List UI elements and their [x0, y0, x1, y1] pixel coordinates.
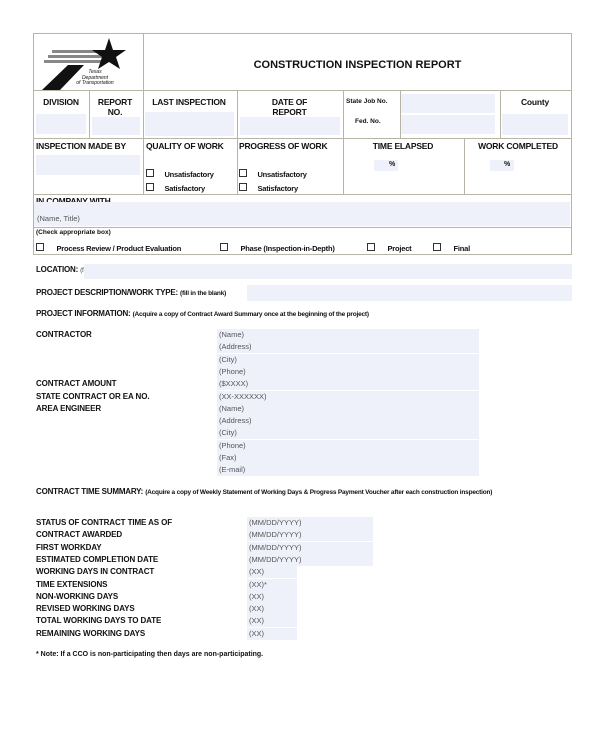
contract-time-label: TIME EXTENSIONS — [36, 580, 107, 589]
county-field[interactable] — [502, 114, 568, 135]
contract-time-label: ESTIMATED COMPLETION DATE — [36, 555, 158, 564]
checkbox-icon[interactable] — [146, 183, 154, 191]
project-field-label: CONTRACTOR — [36, 330, 92, 339]
project-field-input[interactable]: (Phone) — [217, 440, 479, 452]
fed-no-field[interactable] — [401, 115, 495, 134]
date-of-report-field[interactable] — [240, 117, 340, 135]
project-field-label: STATE CONTRACT OR EA NO. — [36, 392, 149, 401]
contract-time-input[interactable]: (XX)* — [247, 579, 297, 591]
checkbox-icon[interactable] — [239, 169, 247, 177]
contract-time-input[interactable]: (XX) — [247, 615, 297, 627]
contract-time-label: NON-WORKING DAYS — [36, 592, 118, 601]
contract-time-input[interactable]: (XX) — [247, 591, 297, 603]
phase-option[interactable]: Phase (Inspection-in-Depth) — [220, 238, 335, 256]
inspection-made-by-label: INSPECTION MADE BY — [36, 141, 126, 151]
contract-time-label: REMAINING WORKING DAYS — [36, 629, 145, 638]
contract-time-label: STATUS OF CONTRACT TIME AS OF — [36, 518, 172, 527]
project-field-input[interactable]: (Fax) — [217, 452, 479, 464]
in-company-with-placeholder: (Name, Title) — [37, 214, 80, 223]
in-company-with-field[interactable] — [34, 202, 570, 226]
project-field-input[interactable]: (Address) — [217, 415, 479, 427]
contract-time-label: WORKING DAYS IN CONTRACT — [36, 567, 154, 576]
contract-time-label: TOTAL WORKING DAYS TO DATE — [36, 616, 161, 625]
checkbox-icon[interactable] — [433, 243, 441, 251]
checkbox-icon[interactable] — [36, 243, 44, 251]
contract-time-input[interactable]: (MM/DD/YYYY) — [247, 529, 373, 541]
logo-text: Texas Department of Transportation — [70, 70, 120, 87]
contract-time-label: CONTRACT AWARDED — [36, 530, 122, 539]
project-information-section: PROJECT INFORMATION: (Acquire a copy of … — [36, 309, 369, 318]
quality-satisfactory-option[interactable]: Satisfactory — [146, 178, 205, 196]
county-label: County — [500, 97, 570, 107]
project-field-input[interactable]: (XX-XXXXXX) — [217, 391, 479, 403]
state-job-no-field[interactable] — [401, 94, 495, 113]
final-option[interactable]: Final — [433, 238, 470, 256]
process-review-option[interactable]: Process Review / Product Evaluation — [36, 238, 181, 256]
last-inspection-label: LAST INSPECTION — [143, 97, 235, 107]
report-no-field[interactable] — [92, 117, 140, 135]
last-inspection-field[interactable] — [145, 112, 234, 136]
inspection-made-by-field[interactable] — [36, 155, 140, 175]
state-job-no-label: State Job No. — [346, 98, 388, 105]
contract-time-label: REVISED WORKING DAYS — [36, 604, 135, 613]
project-field-input[interactable]: (Phone) — [217, 366, 479, 378]
check-instruction: (Check appropriate box) — [36, 229, 111, 236]
project-field-input[interactable]: (Name) — [217, 329, 479, 341]
project-field-input[interactable]: ($XXXX) — [217, 378, 479, 390]
project-description-field[interactable] — [247, 285, 572, 301]
contract-time-label: FIRST WORKDAY — [36, 543, 102, 552]
project-field-input[interactable]: (City) — [217, 354, 479, 366]
work-completed-label: WORK COMPLETED — [464, 141, 572, 151]
division-label: DIVISION — [33, 97, 89, 107]
project-field-label: CONTRACT AMOUNT — [36, 379, 116, 388]
checkbox-icon[interactable] — [146, 169, 154, 177]
project-field-label: AREA ENGINEER — [36, 404, 101, 413]
footnote: * Note: If a CCO is non-participating th… — [36, 651, 263, 658]
progress-of-work-label: PROGRESS OF WORK — [239, 141, 327, 151]
contract-time-input[interactable]: (MM/DD/YYYY) — [247, 554, 373, 566]
fed-no-label: Fed. No. — [355, 118, 381, 125]
project-field-input[interactable]: (E-mail) — [217, 464, 479, 476]
contract-time-input[interactable]: (XX) — [247, 628, 297, 640]
report-no-label: REPORT NO. — [92, 97, 138, 117]
work-completed-field[interactable] — [490, 160, 514, 171]
contract-time-section: CONTRACT TIME SUMMARY: (Acquire a copy o… — [36, 487, 556, 497]
project-field-input[interactable]: (Address) — [217, 341, 479, 353]
contract-time-input[interactable]: (XX) — [247, 566, 297, 578]
work-completed-unit: % — [504, 161, 510, 168]
contract-time-input[interactable]: (MM/DD/YYYY) — [247, 517, 373, 529]
report-title: CONSTRUCTION INSPECTION REPORT — [143, 59, 572, 71]
date-of-report-label: DATE OF REPORT — [262, 97, 317, 117]
contract-time-input[interactable]: (MM/DD/YYYY) — [247, 542, 373, 554]
checkbox-icon[interactable] — [367, 243, 375, 251]
quality-of-work-label: QUALITY OF WORK — [146, 141, 224, 151]
progress-satisfactory-option[interactable]: Satisfactory — [239, 178, 298, 196]
project-field-input[interactable]: (City) — [217, 427, 479, 439]
time-elapsed-label: TIME ELAPSED — [343, 141, 463, 151]
location-field[interactable] — [84, 264, 572, 279]
contract-time-input[interactable]: (XX) — [247, 603, 297, 615]
project-description-section: PROJECT DESCRIPTION/WORK TYPE: (fill in … — [36, 288, 226, 297]
project-option[interactable]: Project — [367, 238, 411, 256]
project-field-input[interactable]: (Name) — [217, 403, 479, 415]
time-elapsed-unit: % — [389, 161, 395, 168]
checkbox-icon[interactable] — [220, 243, 228, 251]
checkbox-icon[interactable] — [239, 183, 247, 191]
division-field[interactable] — [36, 114, 86, 134]
